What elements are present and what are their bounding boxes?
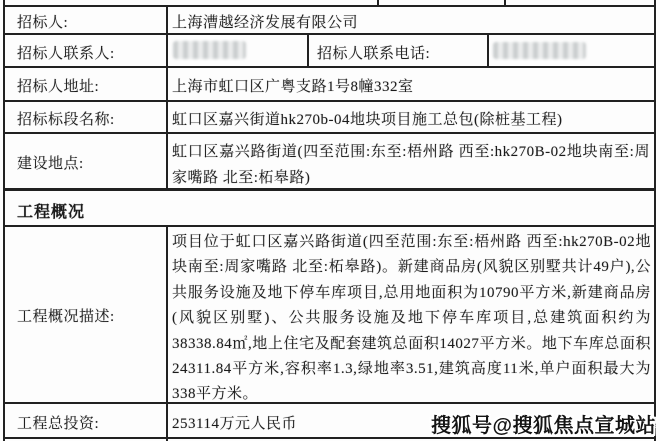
table-gridline [166,225,168,441]
table-gridline [487,33,489,68]
investment-value: 253114万元人民币 [172,412,297,433]
table-gridline [3,132,656,134]
overview-description-value: 项目位于虹口区嘉兴路街道(四至范围:东至:梧州路 西至:hk270B-02地块南… [172,230,651,408]
table-gridline [3,225,656,227]
bidder-label: 招标人: [17,11,68,32]
contact-label: 招标人联系人: [17,42,115,63]
sohu-focus-watermark: 搜狐号@搜狐焦点宣城站 [431,409,656,438]
contact-name-redaction-blur [173,41,246,59]
address-value: 上海市虹口区广粤支路1号8幢332室 [172,75,414,96]
contact-phone-label: 招标人联系电话: [317,42,430,63]
table-gridline [3,5,656,7]
overview-description-label: 工程概况描述: [17,305,115,326]
address-label: 招标人地址: [17,75,99,96]
table-gridline [3,100,656,102]
table-gridline [307,33,309,68]
location-label: 建设地点: [17,152,84,173]
table-gridline [3,33,656,35]
project-overview-section-header: 工程概况 [17,199,85,222]
table-gridline [3,66,656,68]
location-value: 虹口区嘉兴路街道(四至范围:东至:梧州路 西至:hk270B-02地块南至:周家… [172,139,650,191]
tender-info-table-page: 招标人: 上海漕越经济发展有限公司 招标人联系人: 招标人联系电话: 招标人地址… [0,0,660,441]
investment-label: 工程总投资: [17,412,99,433]
contact-phone-redaction-blur [493,42,586,59]
tender-section-value: 虹口区嘉兴街道hk270b-04地块项目施工总包(除桩基工程) [172,108,563,129]
table-gridline [166,5,168,190]
tender-section-label: 招标标段名称: [17,108,115,129]
bidder-value: 上海漕越经济发展有限公司 [172,11,358,32]
